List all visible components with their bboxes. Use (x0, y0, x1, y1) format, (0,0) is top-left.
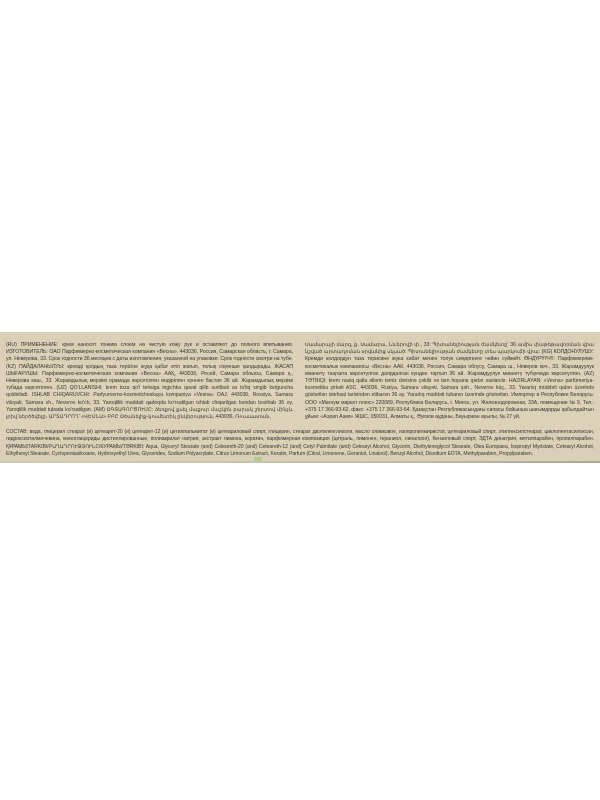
usage-manufacturer-text-left: (RU) ПРИМЕНЕНИЕ: крем наносят тонким сло… (6, 342, 293, 421)
print-registration-mark (254, 457, 262, 461)
ingredients-text: СОСТАВ: вода, глицерил стеарат (и) цетеа… (6, 429, 594, 458)
label-columns: (RU) ПРИМЕНЕНИЕ: крем наносят тонким сло… (6, 342, 594, 421)
usage-manufacturer-text-right: Սամարայի մարզ, ք. Սամարա, Նևերովի փ., 33… (305, 342, 594, 421)
product-label-band: (RU) ПРИМЕНЕНИЕ: крем наносят тонким сло… (0, 332, 600, 463)
